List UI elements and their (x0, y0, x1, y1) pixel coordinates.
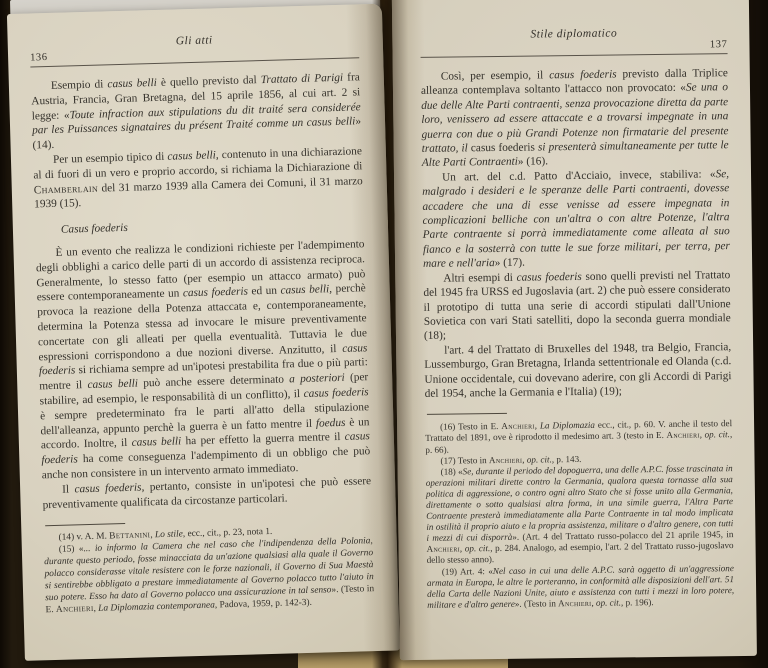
section-heading: Casus foederis (41, 214, 364, 238)
right-page: Stile diplomatico 137 Così, per esempio,… (392, 0, 757, 660)
paragraph: l'art. 4 del Trattato di Bruxelles del 1… (424, 340, 732, 401)
book-photo: Gli atti 136 Esempio di casus belli è qu… (0, 0, 768, 668)
footnote-separator (45, 523, 125, 526)
paragraph: È un evento che realizza le condizioni r… (35, 237, 370, 483)
right-page-body: Così, per esempio, il casus foederis pre… (421, 66, 732, 401)
left-page: Gli atti 136 Esempio di casus belli è qu… (7, 4, 400, 661)
left-page-body: Esempio di casus belli è quello previsto… (31, 70, 372, 512)
footnote: (19) Art. 4: «Nel caso in cui una delle … (427, 563, 735, 611)
left-page-footnotes: (14) v. A. M. Bettanini, Lo stile, ecc.,… (43, 524, 374, 616)
paragraph: Così, per esempio, il casus foederis pre… (421, 66, 729, 171)
paragraph: Un art. del c.d. Patto d'Acciaio, invece… (422, 167, 730, 272)
footnote: (18) «Se, durante il periodo del dopogue… (426, 463, 734, 567)
left-page-header: Gli atti 136 (30, 30, 360, 67)
right-page-footnotes: (16) Testo in E. Anchieri, La Diplomazia… (425, 418, 734, 610)
footnote: (15) «... io informo la Camera che nel c… (44, 536, 375, 617)
paragraph: Per un esempio tipico di casus belli, co… (33, 144, 364, 212)
paragraph: Altri esempi di casus foederis sono quel… (423, 268, 731, 344)
page-number: 137 (710, 39, 728, 50)
paragraph: Esempio di casus belli è quello previsto… (31, 70, 362, 153)
page-number: 136 (30, 52, 48, 63)
folio-row: 137 (420, 38, 727, 58)
footnote-separator (427, 413, 507, 415)
right-page-header: Stile diplomatico 137 (420, 26, 727, 58)
footnote: (16) Testo in E. Anchieri, La Diplomazia… (425, 418, 732, 455)
